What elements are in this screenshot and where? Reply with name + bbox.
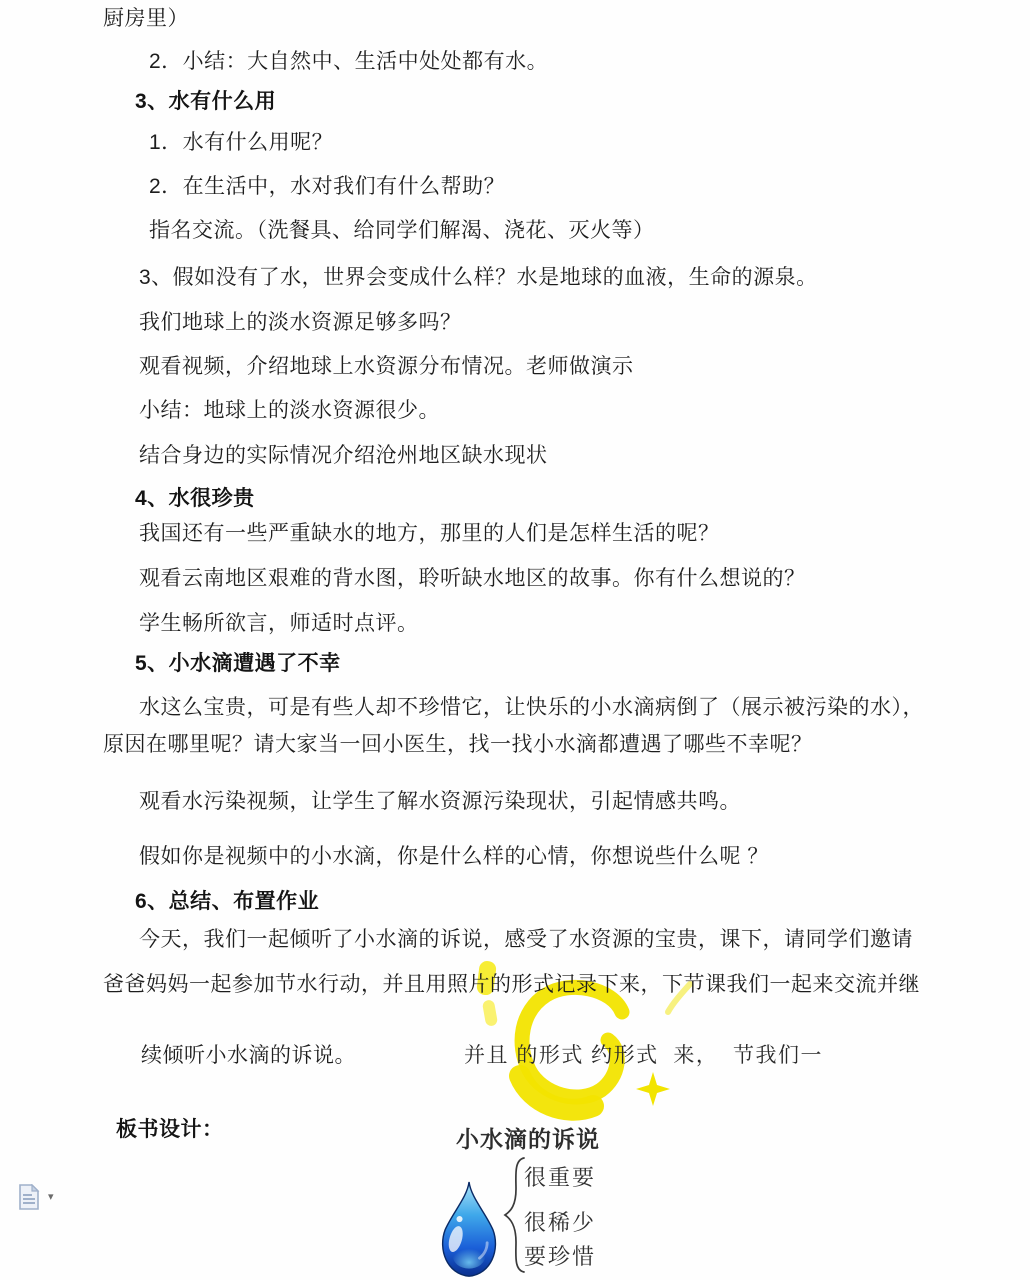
water-drop-icon xyxy=(433,1180,507,1280)
text-line: 观看云南地区艰难的背水图，聆听缺水地区的故事。你有什么想说的？ xyxy=(139,567,1030,591)
text-line: 厨房里） xyxy=(103,7,1030,31)
text-line: 我们地球上的淡水资源足够多吗？ xyxy=(139,311,1030,335)
page-options-button[interactable]: ▾ xyxy=(18,1184,54,1210)
text-line: 观看视频，介绍地球上水资源分布情况。老师做演示 xyxy=(139,355,1030,379)
section-heading: 3、水有什么用 xyxy=(135,90,1030,114)
text-line: 小结：地球上的淡水资源很少。 xyxy=(139,399,1030,423)
text-line: 1．水有什么用呢？ xyxy=(149,131,1030,155)
text-line: 原因在哪里呢？请大家当一回小医生，找一找小水滴都遭遇了哪些不幸呢？ xyxy=(103,733,1030,757)
text-line: 水这么宝贵，可是有些人却不珍惜它，让快乐的小水滴病倒了（展示被污染的水）， xyxy=(139,696,1030,720)
section-heading: 6、总结、布置作业 xyxy=(135,890,1030,914)
text-line-with-ghost-overlap: 续倾听小水滴的诉说。并且 的形式 约形式 来， 节我们一 xyxy=(103,1020,1030,1092)
text-line: 2．在生活中，水对我们有什么帮助？ xyxy=(149,175,1030,199)
document-body: 厨房里） 2．小结：大自然中、生活中处处都有水。 3、水有什么用 1．水有什么用… xyxy=(0,0,1030,1142)
section-heading: 5、小水滴遭遇了不幸 xyxy=(135,652,1030,676)
board-item: 要珍惜 xyxy=(524,1240,596,1271)
section-heading: 4、水很珍贵 xyxy=(135,487,1030,511)
document-page-icon xyxy=(18,1184,40,1210)
text-line: 续倾听小水滴的诉说。 xyxy=(141,1044,356,1067)
text-line: 观看水污染视频，让学生了解水资源污染现状，引起情感共鸣。 xyxy=(139,790,1030,814)
curly-brace-icon xyxy=(503,1156,527,1274)
text-line: 2．小结：大自然中、生活中处处都有水。 xyxy=(149,50,1030,74)
text-line: 3、假如没有了水，世界会变成什么样？水是地球的血液，生命的源泉。 xyxy=(139,266,1030,290)
text-line: 假如你是视频中的小水滴，你是什么样的心情，你想说些什么呢 ？ xyxy=(139,845,1030,869)
text-line: 我国还有一些严重缺水的地方，那里的人们是怎样生活的呢？ xyxy=(139,522,1030,546)
section-heading: 板书设计： xyxy=(116,1118,1030,1142)
text-line: 今天，我们一起倾听了小水滴的诉说，感受了水资源的宝贵，课下，请同学们邀请 xyxy=(139,928,1030,952)
text-line: 爸爸妈妈一起参加节水行动，并且用照片的形式记录下来，下节课我们一起来交流并继 xyxy=(103,973,1030,997)
text-line: 结合身边的实际情况介绍沧州地区缺水现状 xyxy=(139,444,1030,468)
text-line: 学生畅所欲言，师适时点评。 xyxy=(139,612,1030,636)
board-item: 很稀少 xyxy=(524,1206,596,1237)
chevron-down-icon: ▾ xyxy=(48,1192,54,1203)
document-page: 厨房里） 2．小结：大自然中、生活中处处都有水。 3、水有什么用 1．水有什么用… xyxy=(0,0,1030,1280)
board-item: 很重要 xyxy=(524,1161,596,1192)
ghost-text-artifact: 并且 的形式 约形式 来， 节我们一 xyxy=(464,1044,823,1067)
text-line: 指名交流。（洗餐具、给同学们解渴、浇花、灭火等） xyxy=(149,219,1030,243)
